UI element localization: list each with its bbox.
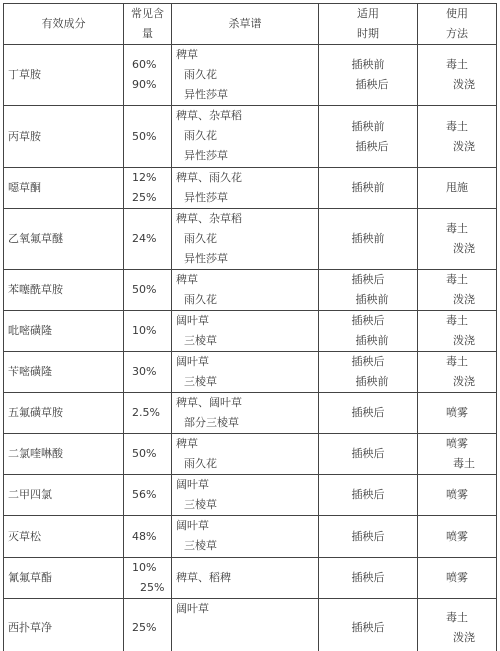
ingredient-cell: 西扑草净 [4, 599, 124, 651]
content-cell: 12%25% [124, 168, 172, 209]
ingredient-cell: 二氯喹啉酸 [4, 434, 124, 475]
weed-spectrum-cell: 阔叶草三棱草 [172, 475, 319, 516]
ingredient-cell-line: 苄嘧磺隆 [8, 362, 123, 382]
content-cell-line: 60% [132, 55, 171, 75]
period-cell-line: 插秧后 [319, 444, 417, 464]
method-cell-line: 喷雾 [418, 527, 496, 547]
weed-spectrum-cell: 阔叶草三棱草 [172, 311, 319, 352]
period-cell-line: 插秧后 [319, 137, 417, 157]
content-cell: 10%25% [124, 558, 172, 599]
ingredient-cell: 苯噻酰草胺 [4, 270, 124, 311]
method-cell: 喷雾毒土 [418, 434, 497, 475]
weed-spectrum-cell-line: 雨久花 [176, 126, 318, 146]
period-cell-line: 插秧前 [319, 55, 417, 75]
period-cell-line: 插秧前 [319, 229, 417, 249]
content-cell-line: 2.5% [132, 403, 171, 423]
period-cell: 插秧前 [319, 209, 418, 270]
weed-spectrum-cell-line: 阔叶草 [176, 516, 318, 536]
weed-spectrum-cell-line: 三棱草 [176, 536, 318, 556]
weed-spectrum-cell-line: 稗草、杂草稻 [176, 209, 318, 229]
weed-spectrum-cell: 稗草雨久花 [172, 434, 319, 475]
content-cell: 50% [124, 270, 172, 311]
ingredient-cell-line: 丁草胺 [8, 65, 123, 85]
ingredient-cell-line: 噁草酮 [8, 178, 123, 198]
content-cell-line: 50% [132, 127, 171, 147]
period-cell: 插秧前插秧后 [319, 45, 418, 106]
ingredient-cell: 灭草松 [4, 516, 124, 558]
header-weeds: 杀草谱 [172, 4, 319, 45]
content-cell-line: 48% [132, 527, 171, 547]
period-cell: 插秧后 [319, 599, 418, 651]
content-cell-line: 25% [132, 578, 171, 598]
period-cell-line: 插秧前 [319, 331, 417, 351]
weed-spectrum-cell-line: 异性莎草 [176, 85, 318, 105]
content-cell: 24% [124, 209, 172, 270]
method-cell-line: 毒土 [418, 117, 496, 137]
method-cell-line: 毒土 [418, 352, 496, 372]
period-cell-line: 插秧后 [319, 270, 417, 290]
period-cell: 插秧后 [319, 434, 418, 475]
weed-spectrum-cell-line: 部分三棱草 [176, 413, 318, 433]
period-cell-line: 插秧前 [319, 117, 417, 137]
period-cell: 插秧后 [319, 393, 418, 434]
ingredient-cell-line: 吡嘧磺隆 [8, 321, 123, 341]
method-cell-line: 喷雾 [418, 485, 496, 505]
weed-spectrum-cell: 稗草、稻稗 [172, 558, 319, 599]
content-cell-line: 10% [132, 558, 171, 578]
period-cell: 插秧后插秧前 [319, 270, 418, 311]
content-cell-line: 90% [132, 75, 171, 95]
method-cell: 喷雾 [418, 516, 497, 558]
weed-spectrum-cell-line: 稗草、稻稗 [176, 568, 318, 588]
method-cell: 毒土泼浇 [418, 599, 497, 651]
method-cell: 毒土泼浇 [418, 311, 497, 352]
header-row: 有效成分 常见含 量 杀草谱 适用 时期 使用 方法 [4, 4, 497, 45]
method-cell: 喷雾 [418, 558, 497, 599]
weed-spectrum-cell-line: 异性莎草 [176, 249, 318, 269]
weed-spectrum-cell-line: 雨久花 [176, 229, 318, 249]
method-cell: 喷雾 [418, 393, 497, 434]
period-cell: 插秧后插秧前 [319, 352, 418, 393]
weed-spectrum-cell-line: 稗草 [176, 434, 318, 454]
ingredient-cell-line: 二氯喹啉酸 [8, 444, 123, 464]
header-content-label-1: 常见含 [124, 4, 171, 24]
weed-spectrum-cell-line: 稗草 [176, 270, 318, 290]
content-cell: 50% [124, 434, 172, 475]
method-cell-line: 毒土 [418, 219, 496, 239]
weed-spectrum-cell-line: 异性莎草 [176, 188, 318, 208]
weed-spectrum-cell-line: 稗草、杂草稻 [176, 106, 318, 126]
header-ingredient: 有效成分 [4, 4, 124, 45]
ingredient-cell-line: 灭草松 [8, 527, 123, 547]
ingredient-cell-line: 苯噻酰草胺 [8, 280, 123, 300]
content-cell-line: 30% [132, 362, 171, 382]
period-cell-line: 插秧后 [319, 568, 417, 588]
period-cell-line: 插秧后 [319, 527, 417, 547]
weed-spectrum-cell-line: 三棱草 [176, 331, 318, 351]
table-row: 吡嘧磺隆10%阔叶草三棱草插秧后插秧前毒土泼浇 [4, 311, 497, 352]
method-cell: 甩施 [418, 168, 497, 209]
ingredient-cell-line: 氰氟草酯 [8, 568, 123, 588]
table-row: 二氯喹啉酸50%稗草雨久花插秧后喷雾毒土 [4, 434, 497, 475]
content-cell: 25% [124, 599, 172, 651]
method-cell-line: 泼浇 [418, 75, 496, 95]
method-cell-line: 喷雾 [418, 403, 496, 423]
header-weeds-label: 杀草谱 [172, 14, 318, 34]
content-cell-line: 25% [132, 618, 171, 638]
content-cell: 30% [124, 352, 172, 393]
weed-spectrum-cell-line: 阔叶草 [176, 599, 318, 619]
weed-spectrum-cell: 稗草、阔叶草部分三棱草 [172, 393, 319, 434]
table-row: 丁草胺60%90%稗草雨久花异性莎草插秧前插秧后毒土泼浇 [4, 45, 497, 106]
content-cell-line: 25% [132, 188, 171, 208]
content-cell-line: 56% [132, 485, 171, 505]
content-cell: 10% [124, 311, 172, 352]
ingredient-cell: 噁草酮 [4, 168, 124, 209]
header-content: 常见含 量 [124, 4, 172, 45]
ingredient-cell-line: 西扑草净 [8, 618, 123, 638]
method-cell-line: 毒土 [418, 270, 496, 290]
weed-spectrum-cell: 稗草雨久花 [172, 270, 319, 311]
table-row: 丙草胺50%稗草、杂草稻雨久花异性莎草插秧前插秧后毒土泼浇 [4, 106, 497, 168]
header-method: 使用 方法 [418, 4, 497, 45]
ingredient-cell-line: 乙氧氟草醚 [8, 229, 123, 249]
content-cell: 2.5% [124, 393, 172, 434]
header-period-label-1: 适用 [319, 4, 417, 24]
period-cell-line: 插秧前 [319, 290, 417, 310]
method-cell-line: 喷雾 [418, 568, 496, 588]
period-cell-line: 插秧后 [319, 403, 417, 423]
period-cell: 插秧后 [319, 558, 418, 599]
content-cell-line: 12% [132, 168, 171, 188]
weed-spectrum-cell-line: 阔叶草 [176, 311, 318, 331]
content-cell: 48% [124, 516, 172, 558]
header-method-label-2: 方法 [418, 24, 496, 44]
ingredient-cell: 丙草胺 [4, 106, 124, 168]
method-cell: 毒土泼浇 [418, 106, 497, 168]
weed-spectrum-cell-line: 阔叶草 [176, 352, 318, 372]
method-cell-line: 泼浇 [418, 331, 496, 351]
weed-spectrum-cell-line: 三棱草 [176, 495, 318, 515]
method-cell-line: 泼浇 [418, 290, 496, 310]
period-cell: 插秧后 [319, 516, 418, 558]
header-period: 适用 时期 [319, 4, 418, 45]
method-cell: 毒土泼浇 [418, 270, 497, 311]
ingredient-cell: 氰氟草酯 [4, 558, 124, 599]
ingredient-cell: 五氟磺草胺 [4, 393, 124, 434]
weed-spectrum-cell: 稗草、杂草稻雨久花异性莎草 [172, 106, 319, 168]
method-cell: 毒土泼浇 [418, 352, 497, 393]
table-row: 西扑草净25%阔叶草插秧后毒土泼浇 [4, 599, 497, 651]
weed-spectrum-cell: 稗草雨久花异性莎草 [172, 45, 319, 106]
period-cell: 插秧前 [319, 168, 418, 209]
table-row: 乙氧氟草醚24%稗草、杂草稻雨久花异性莎草插秧前毒土泼浇 [4, 209, 497, 270]
period-cell-line: 插秧前 [319, 372, 417, 392]
table-row: 噁草酮12%25%稗草、雨久花异性莎草插秧前甩施 [4, 168, 497, 209]
method-cell-line: 甩施 [418, 178, 496, 198]
method-cell-line: 毒土 [418, 454, 496, 474]
weed-spectrum-cell: 阔叶草三棱草 [172, 352, 319, 393]
table-row: 灭草松48%阔叶草三棱草插秧后喷雾 [4, 516, 497, 558]
weed-spectrum-cell-line: 雨久花 [176, 290, 318, 310]
ingredient-cell-line: 二甲四氯 [8, 485, 123, 505]
weed-spectrum-cell-line: 雨久花 [176, 65, 318, 85]
content-cell: 60%90% [124, 45, 172, 106]
weed-spectrum-cell: 阔叶草 [172, 599, 319, 651]
weed-spectrum-cell: 稗草、雨久花异性莎草 [172, 168, 319, 209]
weed-spectrum-cell-line: 稗草、雨久花 [176, 168, 318, 188]
period-cell: 插秧前插秧后 [319, 106, 418, 168]
method-cell: 毒土泼浇 [418, 45, 497, 106]
period-cell-line: 插秧后 [319, 311, 417, 331]
content-cell-line: 50% [132, 444, 171, 464]
ingredient-cell: 苄嘧磺隆 [4, 352, 124, 393]
ingredient-cell: 丁草胺 [4, 45, 124, 106]
table-row: 氰氟草酯10%25%稗草、稻稗插秧后喷雾 [4, 558, 497, 599]
ingredient-cell: 吡嘧磺隆 [4, 311, 124, 352]
content-cell-line: 10% [132, 321, 171, 341]
header-period-label-2: 时期 [319, 24, 417, 44]
header-ingredient-label: 有效成分 [4, 14, 123, 34]
period-cell-line: 插秧后 [319, 352, 417, 372]
content-cell-line: 50% [132, 280, 171, 300]
method-cell-line: 喷雾 [418, 434, 496, 454]
weed-spectrum-cell-line: 稗草 [176, 45, 318, 65]
ingredient-cell-line: 五氟磺草胺 [8, 403, 123, 423]
method-cell-line: 泼浇 [418, 628, 496, 648]
method-cell-line: 泼浇 [418, 239, 496, 259]
header-method-label-1: 使用 [418, 4, 496, 24]
table-row: 二甲四氯56%阔叶草三棱草插秧后喷雾 [4, 475, 497, 516]
method-cell-line: 毒土 [418, 55, 496, 75]
herbicide-table: 有效成分 常见含 量 杀草谱 适用 时期 使用 方法 丁草胺60%90%稗草雨久… [3, 3, 497, 651]
header-content-label-2: 量 [124, 24, 171, 44]
ingredient-cell: 乙氧氟草醚 [4, 209, 124, 270]
method-cell-line: 毒土 [418, 608, 496, 628]
content-cell: 56% [124, 475, 172, 516]
table-row: 五氟磺草胺2.5%稗草、阔叶草部分三棱草插秧后喷雾 [4, 393, 497, 434]
content-cell: 50% [124, 106, 172, 168]
period-cell-line: 插秧后 [319, 485, 417, 505]
weed-spectrum-cell-line: 雨久花 [176, 454, 318, 474]
weed-spectrum-cell: 稗草、杂草稻雨久花异性莎草 [172, 209, 319, 270]
table-row: 苄嘧磺隆30%阔叶草三棱草插秧后插秧前毒土泼浇 [4, 352, 497, 393]
method-cell: 毒土泼浇 [418, 209, 497, 270]
method-cell-line: 毒土 [418, 311, 496, 331]
ingredient-cell: 二甲四氯 [4, 475, 124, 516]
period-cell: 插秧后 [319, 475, 418, 516]
period-cell-line: 插秧前 [319, 178, 417, 198]
content-cell-line: 24% [132, 229, 171, 249]
method-cell-line: 泼浇 [418, 137, 496, 157]
ingredient-cell-line: 丙草胺 [8, 127, 123, 147]
period-cell: 插秧后插秧前 [319, 311, 418, 352]
period-cell-line: 插秧后 [319, 75, 417, 95]
weed-spectrum-cell: 阔叶草三棱草 [172, 516, 319, 558]
weed-spectrum-cell-line: 阔叶草 [176, 475, 318, 495]
weed-spectrum-cell-line: 异性莎草 [176, 146, 318, 166]
method-cell: 喷雾 [418, 475, 497, 516]
period-cell-line: 插秧后 [319, 618, 417, 638]
table-row: 苯噻酰草胺50%稗草雨久花插秧后插秧前毒土泼浇 [4, 270, 497, 311]
weed-spectrum-cell-line: 三棱草 [176, 372, 318, 392]
weed-spectrum-cell-line: 稗草、阔叶草 [176, 393, 318, 413]
method-cell-line: 泼浇 [418, 372, 496, 392]
